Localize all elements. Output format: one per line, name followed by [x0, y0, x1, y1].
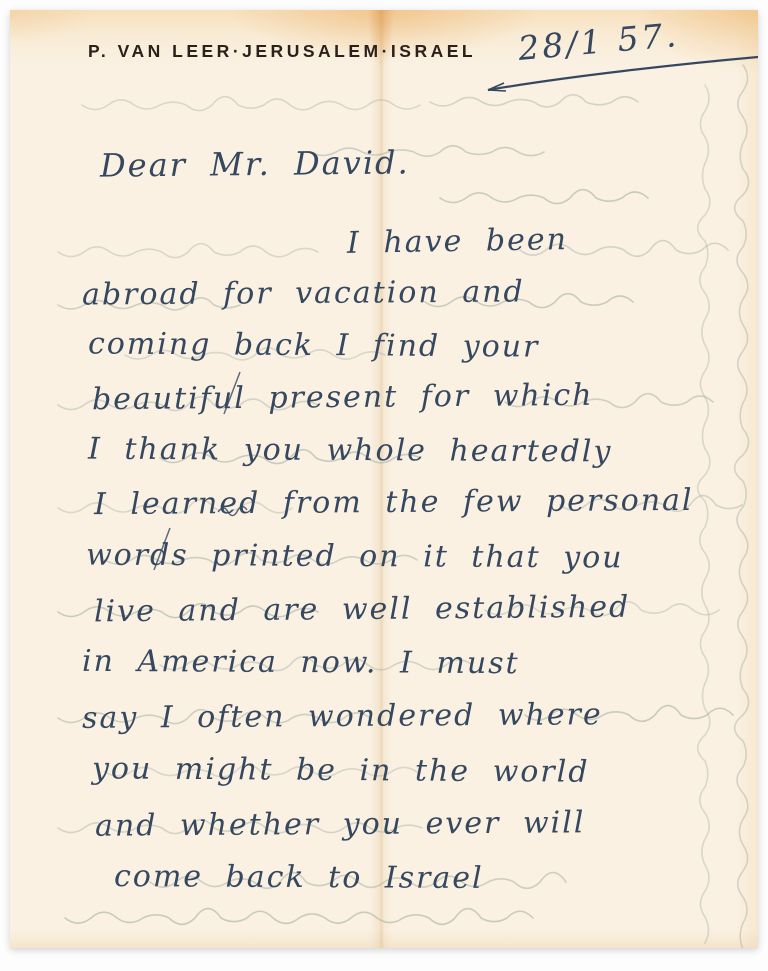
salutation-line: Dear Mr. David.: [100, 143, 410, 184]
letter-line: live and are well established: [94, 590, 631, 630]
letter-line: say I often wondered where: [82, 697, 603, 736]
letter-line: words printed on it that you: [86, 538, 624, 576]
fold-crease-top-shadow: [362, 10, 400, 130]
ghost-script-stroke: [440, 190, 648, 204]
date-underline-arrowhead: [488, 83, 506, 91]
ghost-script-stroke: [58, 244, 318, 258]
letter-line: I have been: [347, 222, 568, 261]
scanned-letter-page: P. VAN LEER·JERUSALEM·ISRAEL 28/1 57. De…: [0, 0, 768, 971]
letter-line: abroad for vacation and: [82, 274, 525, 312]
letter-line: you might be in the world: [92, 751, 590, 789]
letter-line: I learned from the few personal: [94, 483, 694, 522]
ghost-script-stroke: [735, 65, 749, 948]
letter-line: coming back I find your: [88, 326, 540, 364]
letter-line: come back to Israel: [114, 859, 484, 896]
letterhead-text: P. VAN LEER·JERUSALEM·ISRAEL: [88, 41, 476, 62]
ghost-script-stroke: [698, 85, 710, 943]
ghost-script-stroke: [430, 95, 638, 107]
ghost-script-stroke: [65, 909, 533, 925]
letter-paper: P. VAN LEER·JERUSALEM·ISRAEL 28/1 57. De…: [10, 10, 758, 948]
handwritten-date: 28/1 57.: [517, 15, 681, 68]
letter-line: in America now. I must: [82, 644, 520, 681]
letter-line: and whether you ever will: [95, 805, 586, 843]
letter-line: beautiful present for which: [92, 378, 594, 417]
letter-line: I thank you whole heartedly: [88, 432, 613, 470]
